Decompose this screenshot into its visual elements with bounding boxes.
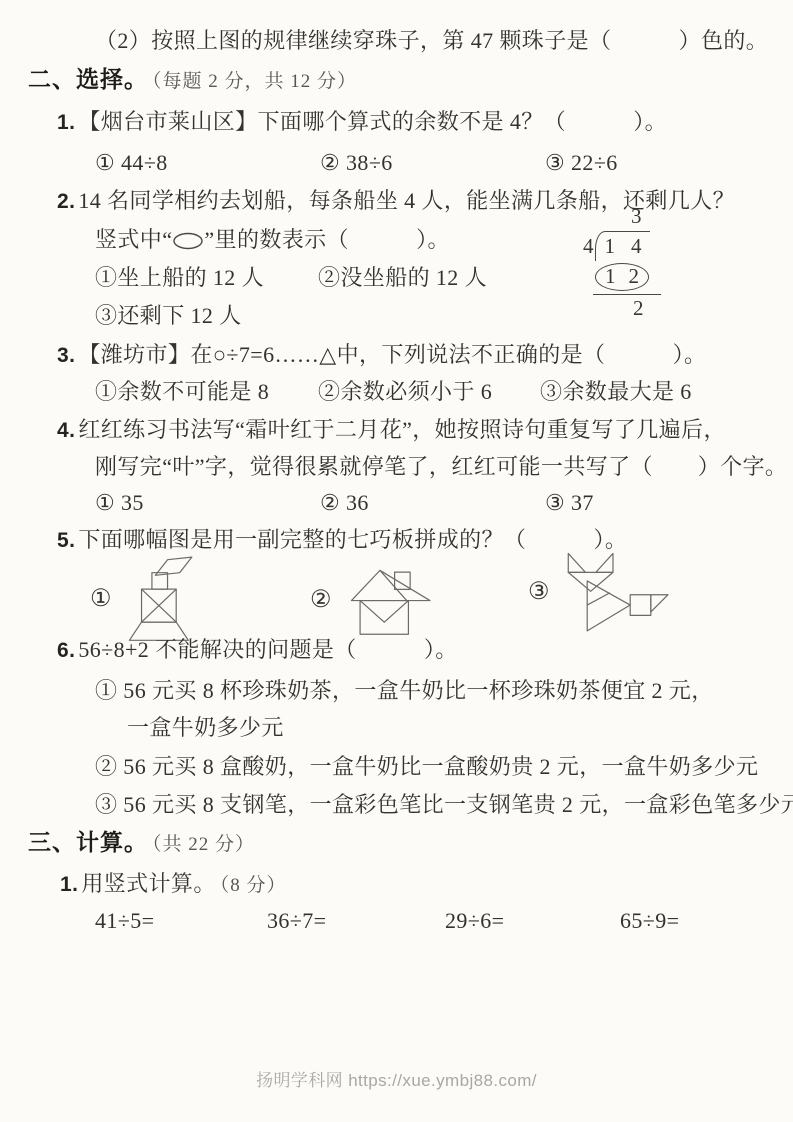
question-2-line2: 竖式中“”里的数表示（ ）。	[95, 225, 450, 254]
question-6-option-3: ③ 56 元买 8 支钢笔，一盒彩色笔比一支钢笔贵 2 元，一盒彩色笔多少元	[95, 790, 793, 819]
long-division-figure: 3 4 14 12 2	[583, 204, 693, 321]
question-3-option-3: ③余数最大是 6	[540, 377, 692, 406]
tangram-figure-2: ②	[310, 560, 439, 642]
question-4-option-2: ② 36	[320, 488, 369, 517]
question-6-number: 6.	[57, 639, 75, 662]
question-beads-line: （2）按照上图的规律继续穿珠子，第 47 颗珠子是（ ）色的。	[95, 26, 768, 55]
tangram-figure-1: ①	[90, 552, 197, 648]
tangram-figure-3: ③	[528, 550, 675, 636]
tangram-figure-3-label: ③	[528, 577, 550, 609]
question-1-option-1: ① 44÷8	[95, 148, 168, 177]
question-1-option-2: ② 38÷6	[320, 148, 393, 177]
question-3-option-2: ②余数必须小于 6	[318, 377, 492, 406]
tangram-plant-icon	[119, 552, 197, 648]
calc-problem-1: 41÷5=	[95, 906, 154, 935]
calc-sub1-number: 1.	[60, 873, 78, 896]
calc-sub1-heading: 1.用竖式计算。（8 分）	[60, 869, 287, 899]
section-choice-title: 二、选择。	[28, 66, 148, 92]
calc-problem-4: 65÷9=	[620, 906, 679, 935]
division-remainder: 2	[633, 296, 693, 321]
section-calc-score: （共 22 分）	[152, 834, 255, 855]
question-5-number: 5.	[57, 529, 75, 552]
worksheet-page: （2）按照上图的规律继续穿珠子，第 47 颗珠子是（ ）色的。 二、选择。（每题…	[0, 0, 793, 1122]
question-6-stem: 6.56÷8+2 不能解决的问题是（ ）。	[57, 635, 458, 665]
tangram-figure-2-label: ②	[310, 585, 332, 617]
question-2-option-2: ②没坐船的 12 人	[318, 263, 487, 292]
question-4-number: 4.	[57, 419, 75, 442]
division-product-ones: 2	[629, 264, 640, 288]
watermark-footer: 扬明学科网 https://xue.ymbj88.com/	[0, 1066, 793, 1091]
section-choice-heading: 二、选择。（每题 2 分，共 12 分）	[28, 64, 357, 94]
question-4-option-1: ① 35	[95, 488, 144, 517]
question-6-option-2: ② 56 元买 8 盒酸奶，一盒牛奶比一盒酸奶贵 2 元，一盒牛奶多少元	[95, 752, 758, 781]
question-4-stem: 4.红红练习书法写“霜叶红于二月花”，她按照诗句重复写了几遍后，	[57, 415, 726, 445]
calc-problem-3: 29÷6=	[445, 906, 504, 935]
oval-symbol	[172, 232, 204, 250]
division-quotient: 3	[631, 204, 693, 231]
division-rule-line	[593, 294, 661, 295]
division-product-circled: 12	[595, 263, 649, 291]
question-2-option-1: ①坐上船的 12 人	[95, 263, 264, 292]
question-6-option-1-line2: 一盒牛奶多少元	[127, 713, 284, 742]
section-calc-title: 三、计算。	[28, 829, 148, 855]
question-2-number: 2.	[57, 190, 75, 213]
division-bracket: 14	[595, 231, 650, 261]
question-2-option-3: ③还剩下 12 人	[95, 301, 242, 330]
calc-sub1-score: （8 分）	[220, 875, 287, 896]
tangram-house-icon	[339, 560, 439, 642]
question-3-stem: 3.【潍坊市】在○÷7=6……△中，下列说法不正确的是（ ）。	[57, 340, 706, 370]
tangram-figure-1-label: ①	[90, 584, 112, 616]
division-product-tens: 1	[605, 264, 616, 289]
division-divisor: 4	[583, 231, 595, 259]
division-dividend-tens: 1	[605, 234, 616, 259]
section-calc-heading: 三、计算。（共 22 分）	[28, 827, 255, 857]
division-dividend-ones: 4	[631, 234, 642, 258]
question-4-line2: 刚写完“叶”字，觉得很累就停笔了，红红可能一共写了（ ）个字。	[95, 452, 787, 481]
calc-problem-2: 36÷7=	[267, 906, 326, 935]
tangram-fox-icon	[557, 550, 675, 636]
question-4-option-3: ③ 37	[545, 488, 594, 517]
question-1-stem: 1.【烟台市莱山区】下面哪个算式的余数不是 4？（ ）。	[57, 107, 667, 137]
question-1-option-3: ③ 22÷6	[545, 148, 618, 177]
question-6-option-1-line1: ① 56 元买 8 杯珍珠奶茶，一盒牛奶比一杯珍珠奶茶便宜 2 元，	[95, 676, 714, 705]
section-choice-score: （每题 2 分，共 12 分）	[152, 71, 357, 92]
question-3-number: 3.	[57, 344, 75, 367]
question-1-number: 1.	[57, 111, 75, 134]
question-3-option-1: ①余数不可能是 8	[95, 377, 269, 406]
